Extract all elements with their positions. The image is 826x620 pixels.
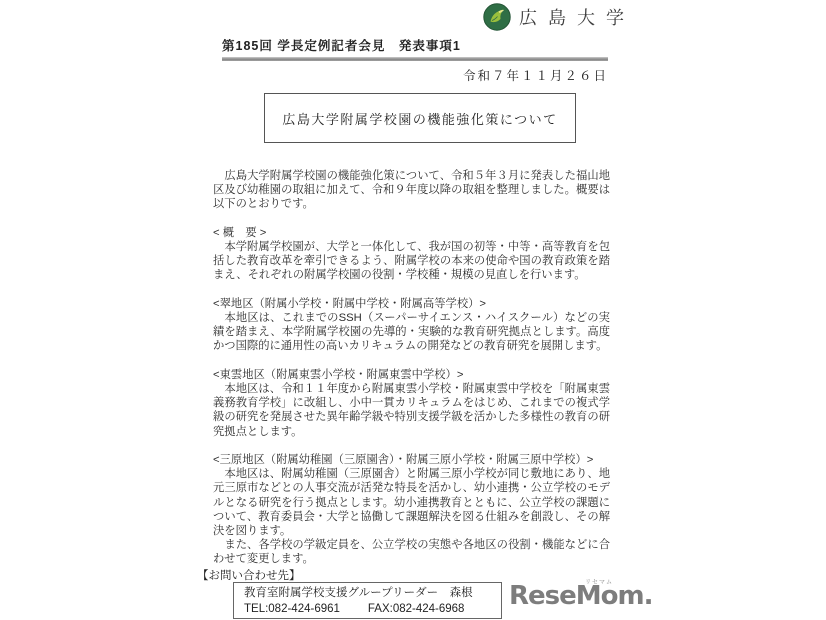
section-text: 本地区は、令和１１年度から附属東雲小学校・附属東雲中学校を「附属東雲義務教育学校… — [213, 382, 610, 439]
section-heading: <三原地区（附属幼稚園（三原園舎）・附属三原小学校・附属三原中学校）> — [213, 453, 610, 467]
section-heading: <翠地区（附属小学校・附属中学校・附属高等学校）> — [213, 297, 610, 311]
university-name: 広 島 大 学 — [519, 4, 627, 30]
resemom-furigana-label: リセマム — [585, 577, 613, 586]
resemom-wordmark: ReseMom. — [509, 581, 652, 611]
conference-title: 第185回 学長定例記者会見 発表事項1 — [222, 36, 461, 54]
section-heading: < 概 要 > — [213, 226, 610, 240]
document-title-box: 広島大学附属学校園の機能強化策について — [264, 93, 576, 143]
contact-person: 教育室附属学校支援グループリーダー 森根 — [244, 585, 501, 601]
intro-paragraph: 広島大学附属学校園の機能強化策について、令和５年３月に発表した福山地区及び幼稚園… — [213, 169, 610, 212]
document-body: 広島大学附属学校園の機能強化策について、令和５年３月に発表した福山地区及び幼稚園… — [213, 169, 610, 567]
university-logo: 広 島 大 学 — [483, 3, 627, 31]
section-overview: < 概 要 > 本学附属学校園が、大学と一体化して、我が国の初等・中等・高等教育… — [213, 226, 610, 283]
section-text: 本学附属学校園が、大学と一体化して、我が国の初等・中等・高等教育を包括した教育改… — [213, 240, 610, 283]
document-title: 広島大学附属学校園の機能強化策について — [282, 109, 557, 128]
section-heading: <東雲地区（附属東雲小学校・附属東雲中学校）> — [213, 368, 610, 382]
section-mihara-district: <三原地区（附属幼稚園（三原園舎）・附属三原小学校・附属三原中学校）> 本地区は… — [213, 453, 610, 538]
press-release-document: 広 島 大 学 第185回 学長定例記者会見 発表事項1 令和７年１１月２６日 … — [0, 0, 826, 620]
contact-fax: FAX:082-424-6968 — [368, 603, 465, 615]
contact-numbers: TEL:082-424-6961FAX:082-424-6968 — [244, 601, 501, 617]
resemom-logo: リセマム ReseMom. — [509, 577, 627, 615]
section-midori-district: <翠地区（附属小学校・附属中学校・附属高等学校）> 本地区は、これまでのSSH（… — [213, 297, 610, 354]
contact-label: 【お問い合わせ先】 — [197, 567, 301, 583]
section-shinonome-district: <東雲地区（附属東雲小学校・附属東雲中学校）> 本地区は、令和１１年度から附属東… — [213, 368, 610, 439]
closing-paragraph: また、各学校の学級定員を、公立学校の実態や各地区の役割・機能などに合わせて変更し… — [213, 538, 610, 566]
section-text: 本地区は、附属幼稚園（三原園舎）と附属三原小学校が同じ敷地にあり、地元三原市など… — [213, 467, 610, 538]
university-phoenix-icon — [483, 3, 511, 31]
contact-box: 教育室附属学校支援グループリーダー 森根 TEL:082-424-6961FAX… — [233, 582, 502, 619]
header-divider — [222, 57, 608, 61]
contact-tel: TEL:082-424-6961 — [244, 603, 340, 615]
document-date: 令和７年１１月２６日 — [222, 66, 608, 84]
section-text: 本地区は、これまでのSSH（スーパーサイエンス・ハイスクール）などの実績を踏まえ… — [213, 311, 610, 354]
